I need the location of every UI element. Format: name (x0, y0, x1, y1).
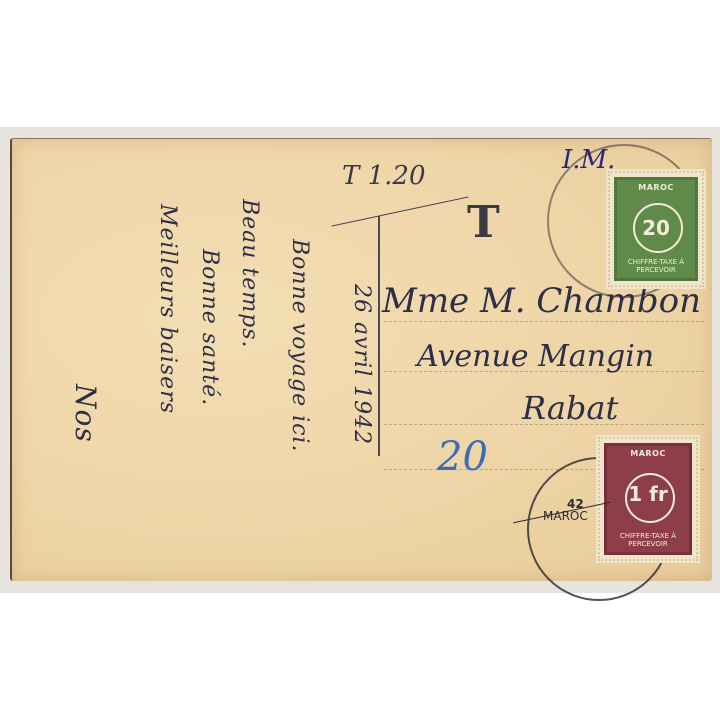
pencil-underline (331, 196, 468, 226)
stamp-country: MAROC (607, 446, 689, 458)
postage-due-stamp-1fr: MAROC 1 fr CHIFFRE-TAXE À PERCEVOIR (598, 437, 698, 561)
message-line: Beau temps. (237, 199, 262, 349)
tax-mark: T (467, 197, 500, 248)
card-divider-line (378, 216, 380, 456)
message-line: Bonne santé. (197, 249, 222, 406)
stamp-inscription: CHIFFRE-TAXE À PERCEVOIR (607, 532, 689, 548)
address-street: Avenue Mangin (417, 339, 654, 374)
stamp-country: MAROC (617, 180, 695, 192)
stamp-value: 1 fr (607, 482, 689, 506)
postcard-back: T 1.20 T I.M. 26 avril 1942 Bonne voyage… (10, 138, 712, 581)
postage-due-stamp-20c: MAROC 20 CHIFFRE-TAXE À PERCEVOIR (608, 171, 704, 287)
blue-crayon-number: 20 (437, 434, 488, 480)
message-line: Bonne voyage ici. (287, 239, 312, 452)
stamp-value: 20 (617, 216, 695, 240)
stamp-inscription: CHIFFRE-TAXE À PERCEVOIR (617, 258, 695, 274)
message-line: Meilleurs baisers (155, 204, 180, 414)
address-city: Rabat (522, 389, 618, 427)
pencil-tax-note: T 1.20 (342, 161, 426, 191)
message-date: 26 avril 1942 (349, 284, 374, 445)
signature: Nos (69, 384, 102, 443)
address-line (384, 321, 704, 322)
